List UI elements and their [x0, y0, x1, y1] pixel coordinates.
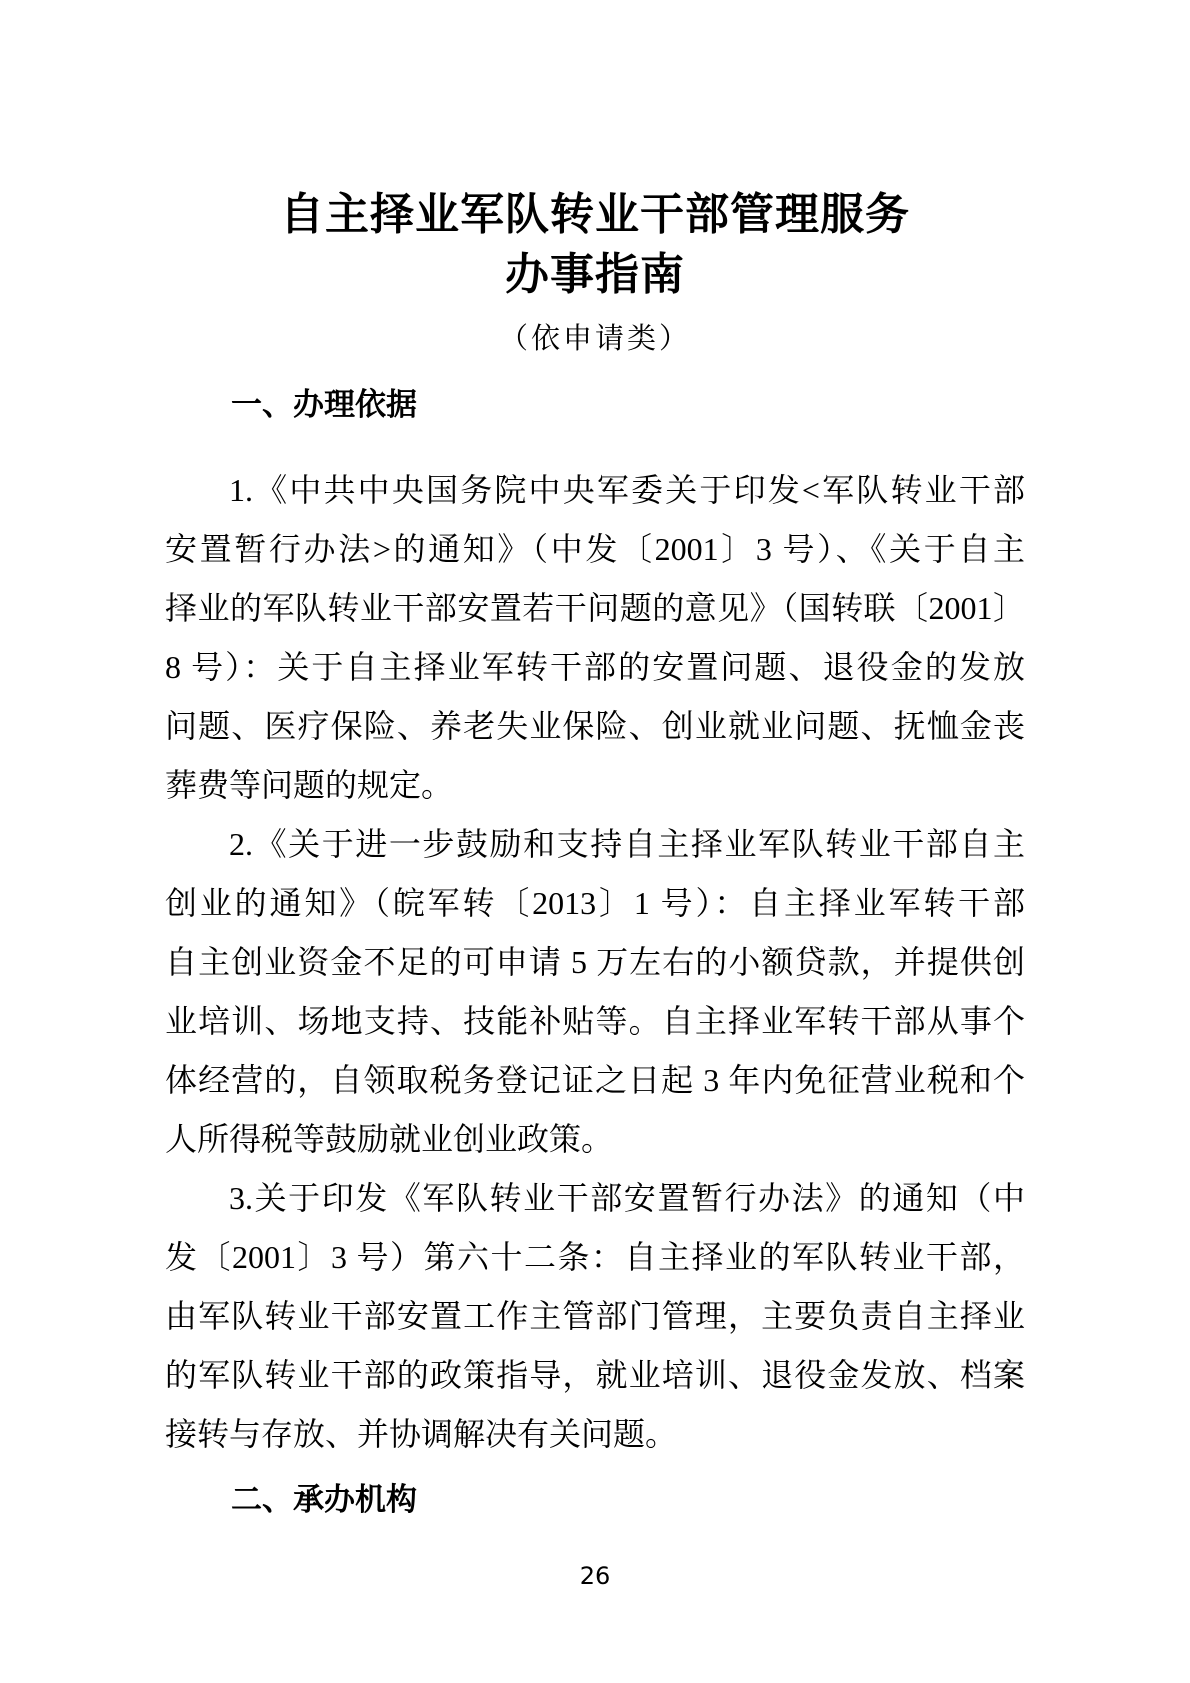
paragraph-2: 2.《关于进一步鼓励和支持自主择业军队转业干部自主 创业的通知》（皖军转〔201…: [165, 815, 1025, 1169]
paragraph-line: 问题、医疗保险、养老失业保险、创业就业问题、抚恤金丧: [165, 697, 1025, 756]
paragraph-3: 3.关于印发《军队转业干部安置暂行办法》的通知（中 发〔2001〕3 号）第六十…: [165, 1169, 1025, 1464]
paragraph-line: 8 号）：关于自主择业军转干部的安置问题、退役金的发放: [165, 638, 1025, 697]
document-subtitle: （依申请类）: [165, 319, 1025, 359]
paragraph-line: 发〔2001〕3 号）第六十二条：自主择业的军队转业干部，: [165, 1228, 1025, 1287]
paragraph-line: 安置暂行办法>的通知》（中发〔2001〕3 号）、《关于自主: [165, 520, 1025, 579]
paragraph-line: 创业的通知》（皖军转〔2013〕1 号）：自主择业军转干部: [165, 874, 1025, 933]
paragraph-line: 体经营的，自领取税务登记证之日起 3 年内免征营业税和个: [165, 1051, 1025, 1110]
page-number: 26: [0, 1562, 1190, 1590]
document-title-line2: 办事指南: [165, 245, 1025, 305]
section-heading-1: 一、办理依据: [165, 383, 1025, 427]
document-title: 自主择业军队转业干部管理服务 办事指南: [165, 185, 1025, 305]
paragraph-line: 的军队转业干部的政策指导，就业培训、退役金发放、档案: [165, 1346, 1025, 1405]
paragraph-line: 自主创业资金不足的可申请 5 万左右的小额贷款，并提供创: [165, 933, 1025, 992]
paragraph-line: 接转与存放、并协调解决有关问题。: [165, 1405, 1025, 1464]
paragraph-1: 1.《中共中央国务院中央军委关于印发<军队转业干部 安置暂行办法>的通知》（中发…: [165, 461, 1025, 815]
paragraph-line: 由军队转业干部安置工作主管部门管理，主要负责自主择业: [165, 1287, 1025, 1346]
section-heading-2: 二、承办机构: [165, 1478, 1025, 1522]
document-title-line1: 自主择业军队转业干部管理服务: [165, 185, 1025, 245]
paragraph-line: 择业的军队转业干部安置若干问题的意见》（国转联〔2001〕: [165, 579, 1025, 638]
paragraph-line: 葬费等问题的规定。: [165, 756, 1025, 815]
document-page: 自主择业军队转业干部管理服务 办事指南 （依申请类） 一、办理依据 1.《中共中…: [0, 0, 1190, 1683]
paragraph-line: 业培训、场地支持、技能补贴等。自主择业军转干部从事个: [165, 992, 1025, 1051]
paragraph-line: 人所得税等鼓励就业创业政策。: [165, 1110, 1025, 1169]
paragraph-line: 3.关于印发《军队转业干部安置暂行办法》的通知（中: [165, 1169, 1025, 1228]
paragraph-line: 2.《关于进一步鼓励和支持自主择业军队转业干部自主: [165, 815, 1025, 874]
paragraph-line: 1.《中共中央国务院中央军委关于印发<军队转业干部: [165, 461, 1025, 520]
